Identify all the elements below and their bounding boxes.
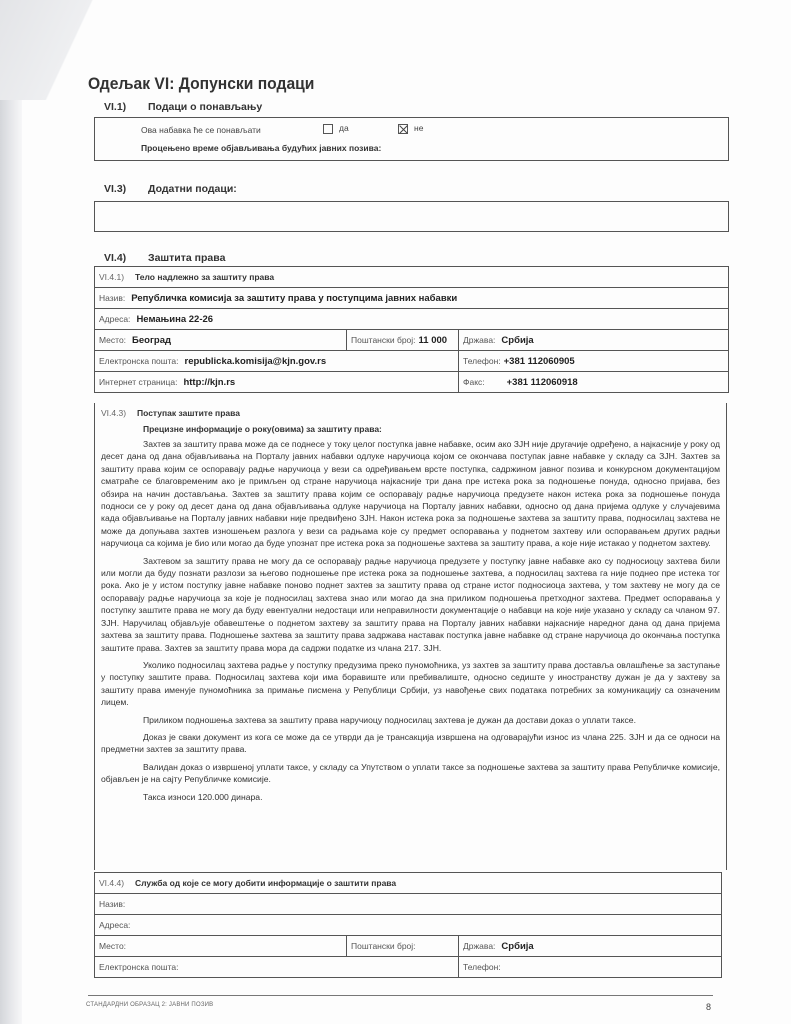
table-row: Интернет страница:http://kjn.rs Факс:+38… — [95, 372, 729, 393]
country-label: Држава: — [463, 941, 495, 951]
review-body-table: VI.4.1)Тело надлежно за заштиту права На… — [94, 266, 729, 393]
repeat-label: Ова набавка ће се понављати — [141, 125, 261, 135]
postal-label: Поштански број: — [351, 335, 416, 345]
footer-form-name: СТАНДАРДНИ ОБРАЗАЦ 2: ЈАВНИ ПОЗИВ — [86, 1002, 213, 1008]
repetition-box: Ова набавка ће се понављати да не Процењ… — [94, 117, 729, 161]
option-no[interactable]: не — [398, 123, 423, 134]
procedure-paragraph: Приликом подношења захтева за заштиту пр… — [101, 714, 720, 726]
subsection-title: Поступак заштите права — [137, 408, 240, 418]
table-row: Место: Поштански број: Држава:Србија — [95, 936, 722, 957]
email-label: Електронска пошта: — [99, 356, 179, 366]
country-value: Србија — [501, 335, 533, 346]
fee-amount: Такса износи 120.000 динара. — [101, 791, 720, 803]
procedure-paragraph: Захтевом за заштиту права не могу да се … — [101, 555, 720, 654]
email-value[interactable]: republicka.komisija@kjn.gov.rs — [185, 356, 327, 367]
name-label: Назив: — [99, 293, 125, 303]
name-label: Назив: — [99, 899, 125, 909]
section-number: VI.4) — [104, 252, 148, 264]
info-service-table: VI.4.4)Служба од које се могу добити инф… — [94, 872, 722, 978]
section-heading-legal-protection: VI.4)Заштита права — [104, 252, 225, 264]
table-row: Место:Београд Поштански број:11 000 Држа… — [95, 330, 729, 351]
address-value: Немањина 22-26 — [136, 314, 213, 325]
additional-data-field[interactable] — [94, 201, 729, 232]
postal-label: Поштански број: — [351, 941, 416, 951]
country-value: Србија — [501, 941, 533, 952]
table-row: Електронска пошта: Телефон: — [95, 957, 722, 978]
review-procedure-section: VI.4.3)Поступак заштите права Прецизне и… — [94, 403, 727, 870]
fax-label: Факс: — [463, 377, 485, 387]
section-heading-additional: VI.3)Додатни подаци: — [104, 183, 237, 195]
option-yes[interactable]: да — [323, 123, 349, 134]
section-number: VI.1) — [104, 101, 148, 113]
city-label: Место: — [99, 335, 126, 345]
country-label: Држава: — [463, 335, 495, 345]
section-title: Заштита права — [148, 252, 225, 264]
section-number: VI.3) — [104, 183, 148, 195]
city-label: Место: — [99, 941, 126, 951]
procedure-paragraph: Уколико подносилац захтева радње у посту… — [101, 659, 720, 709]
footer-divider — [88, 995, 713, 996]
page-title: Одељак VI: Допунски подаци — [88, 74, 314, 94]
scan-edge-shadow — [0, 0, 22, 1024]
table-row: VI.4.1)Тело надлежно за заштиту права — [95, 267, 729, 288]
checkbox-no[interactable] — [398, 124, 408, 134]
checkbox-yes[interactable] — [323, 124, 333, 134]
table-row: VI.4.4)Служба од које се могу добити инф… — [95, 873, 722, 894]
address-label: Адреса: — [99, 920, 130, 930]
deadline-subtitle: Прецизне информације о року(овима) за за… — [143, 424, 720, 434]
phone-value: +381 112060905 — [504, 356, 575, 367]
page-number: 8 — [706, 1002, 711, 1012]
address-label: Адреса: — [99, 314, 130, 324]
web-value[interactable]: http://kjn.rs — [183, 377, 235, 388]
subsection-title: Тело надлежно за заштиту права — [135, 272, 274, 282]
table-row: Назив:Републичка комисија за заштиту пра… — [95, 288, 729, 309]
subsection-number: VI.4.3) — [101, 408, 137, 418]
section-title: Додатни подаци: — [148, 183, 237, 195]
estimated-time-label: Процењено време објављивања будућих јавн… — [141, 143, 381, 153]
table-row: Адреса: — [95, 915, 722, 936]
option-yes-label: да — [339, 123, 349, 133]
procedure-paragraph: Валидан доказ о извршеној уплати таксе, … — [101, 761, 720, 786]
option-no-label: не — [414, 123, 423, 133]
web-label: Интернет страница: — [99, 377, 177, 387]
table-row: Назив: — [95, 894, 722, 915]
name-value: Републичка комисија за заштиту права у п… — [131, 293, 457, 304]
table-row: Адреса:Немањина 22-26 — [95, 309, 729, 330]
subsection-number: VI.4.1) — [99, 272, 135, 282]
procedure-paragraph: Захтев за заштиту права може да се подне… — [101, 438, 720, 550]
city-value: Београд — [132, 335, 171, 346]
section-heading-repetition: VI.1)Подаци о понављању — [104, 101, 262, 113]
subsection-number: VI.4.4) — [99, 878, 135, 888]
email-label: Електронска пошта: — [99, 962, 179, 972]
section-title: Подаци о понављању — [148, 101, 262, 113]
procedure-paragraph: Доказ је сваки документ из кога се може … — [101, 731, 720, 756]
phone-label: Телефон: — [463, 356, 501, 366]
postal-value: 11 000 — [419, 335, 448, 346]
phone-label: Телефон: — [463, 962, 501, 972]
subsection-title: Служба од које се могу добити информациј… — [135, 878, 396, 888]
table-row: Електронска пошта:republicka.komisija@kj… — [95, 351, 729, 372]
fax-value: +381 112060918 — [507, 377, 578, 388]
